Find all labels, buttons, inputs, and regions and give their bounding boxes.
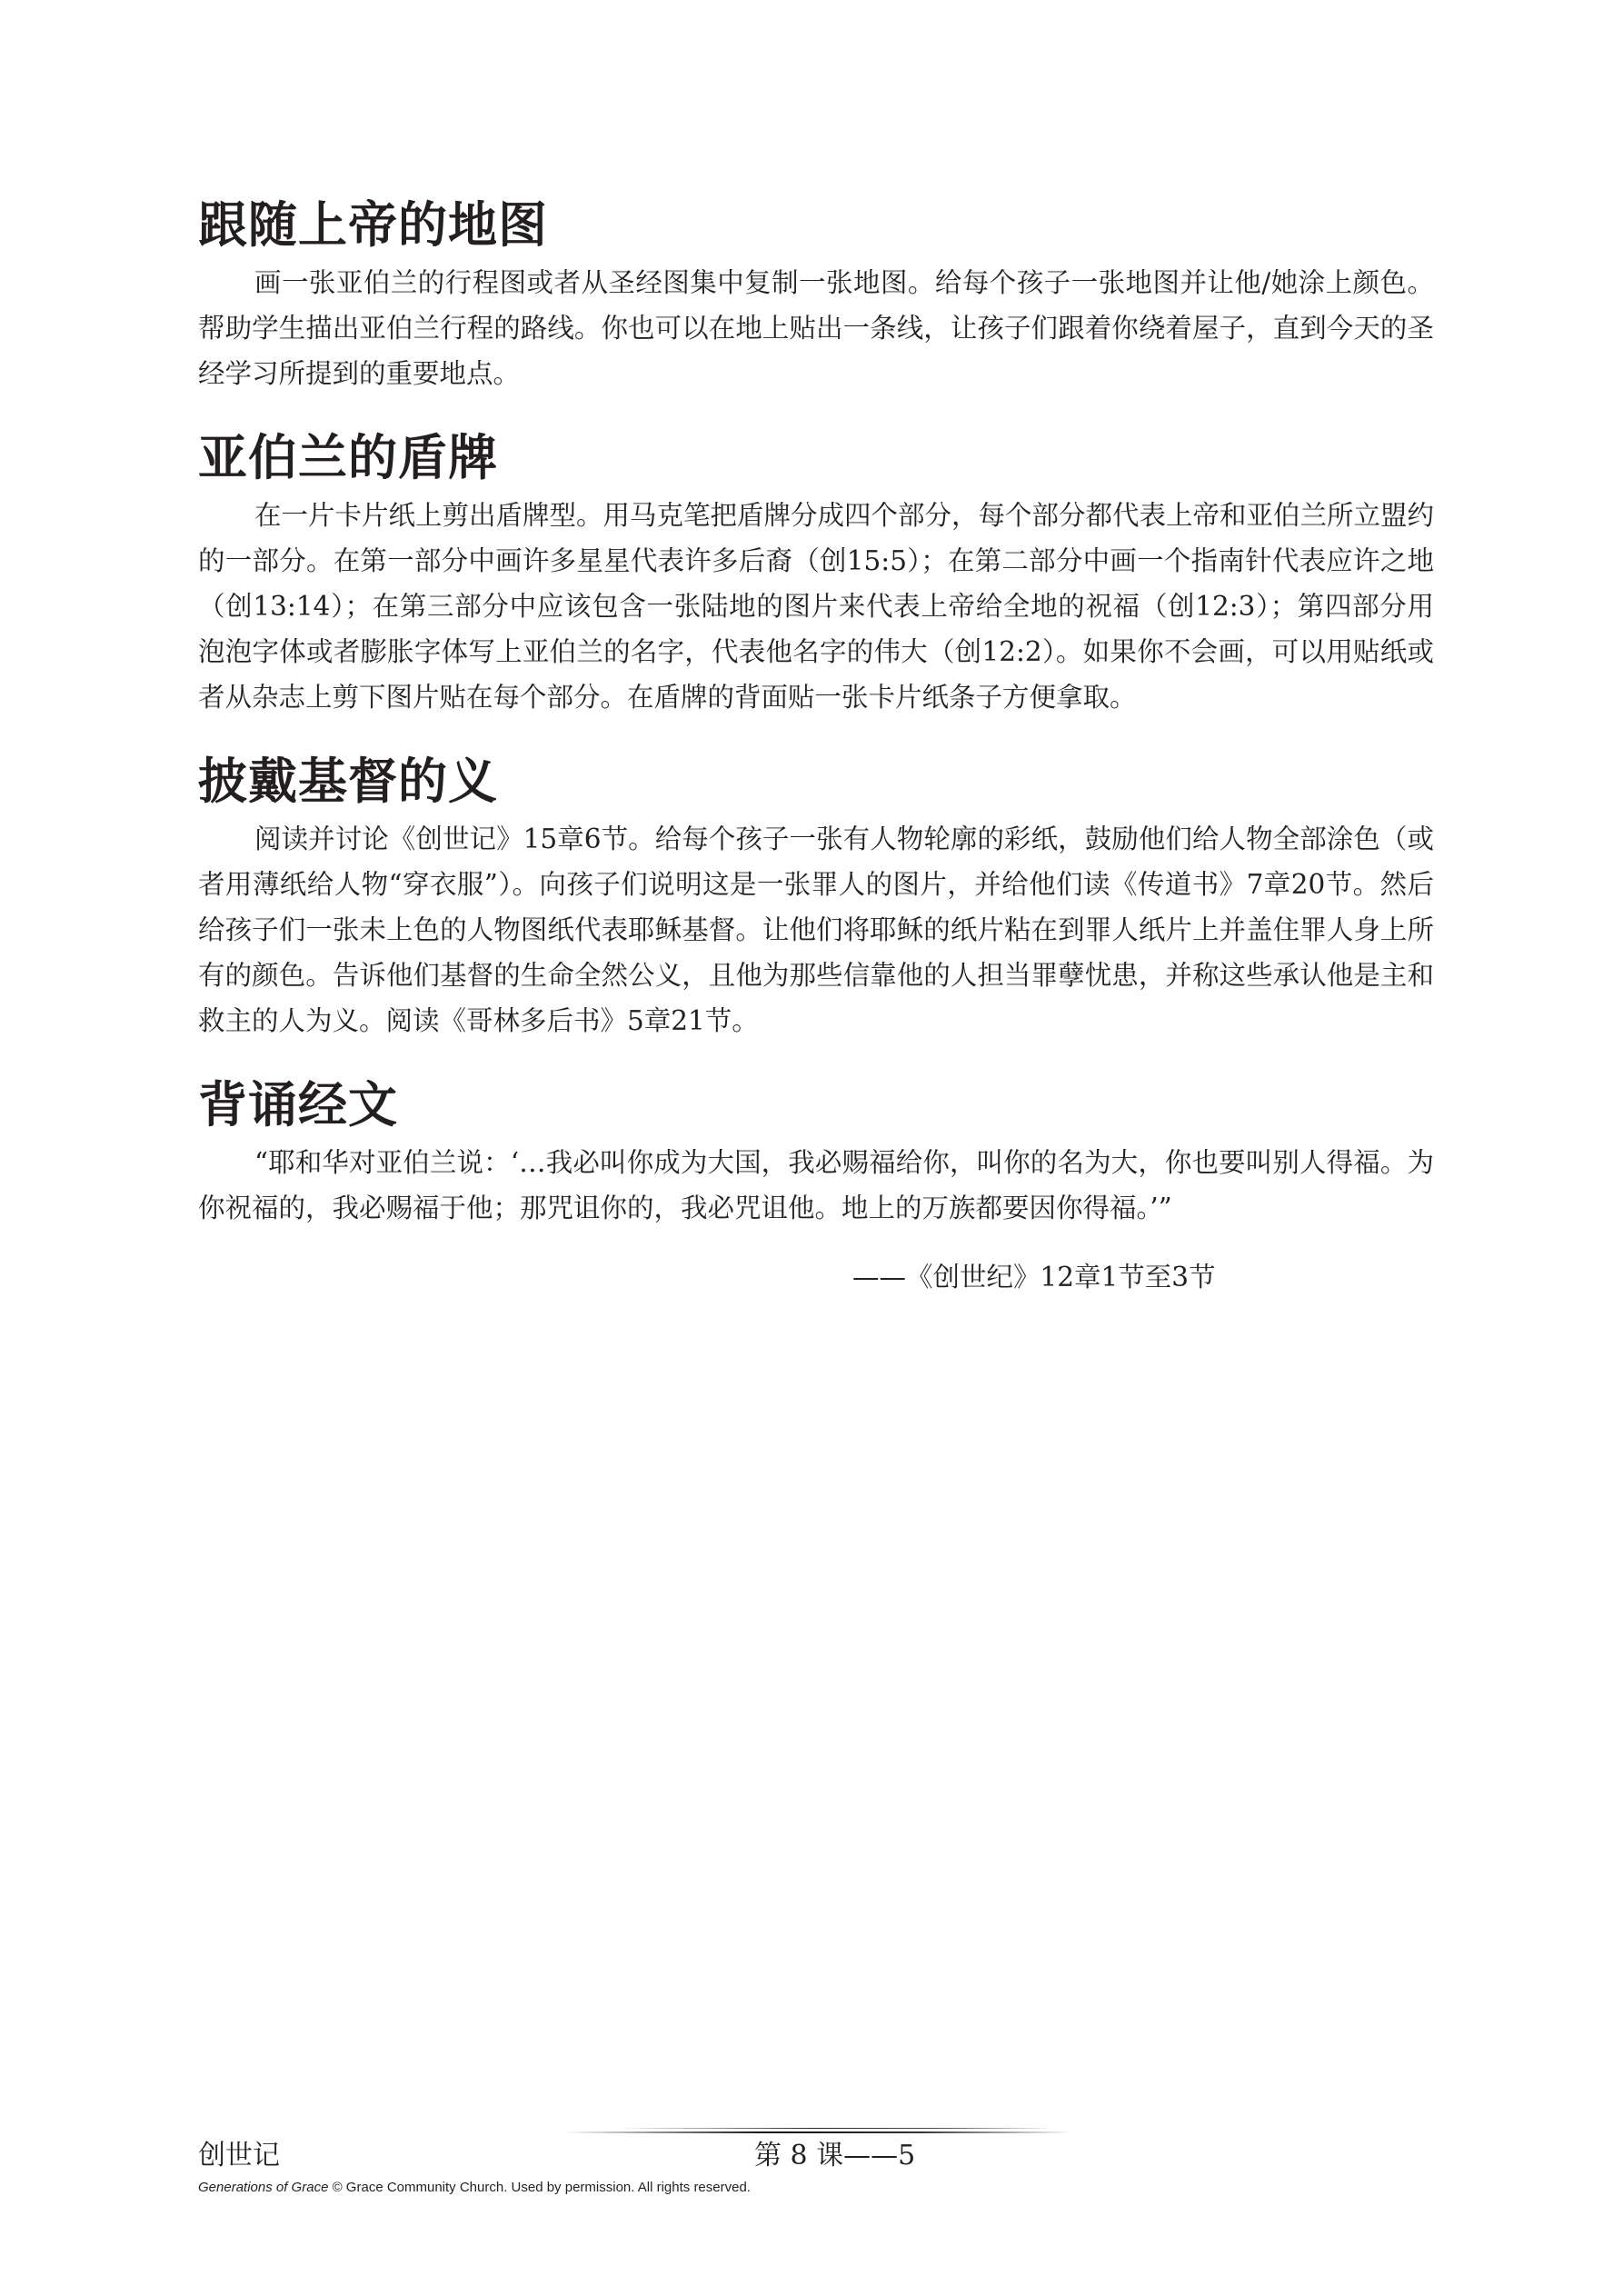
section-righteousness-activity: 披戴基督的义 阅读并讨论《创世记》15章6节。给每个孩子一张有人物轮廓的彩纸，鼓… bbox=[198, 747, 1434, 1043]
copyright-notice: Generations of Grace © Grace Community C… bbox=[198, 2179, 751, 2197]
copyright-text: © Grace Community Church. Used by permis… bbox=[328, 2180, 751, 2195]
section-title: 披戴基督的义 bbox=[198, 747, 1434, 816]
page-content: 跟随上帝的地图 画一张亚伯兰的行程图或者从圣经图集中复制一张地图。给每个孩子一张… bbox=[198, 191, 1434, 1327]
footer-book-title: 创世记 bbox=[198, 2138, 280, 2174]
memory-verse-text: “耶和华对亚伯兰说：‘…我必叫你成为大国，我必赐福给你，叫你的名为大，你也要叫别… bbox=[198, 1140, 1434, 1231]
section-title: 亚伯兰的盾牌 bbox=[198, 424, 1434, 493]
footer-page-number: 第 8 课——5 bbox=[754, 2138, 915, 2174]
section-title: 背诵经文 bbox=[198, 1071, 1434, 1140]
footer-divider-thin bbox=[618, 2128, 1054, 2129]
footer-divider-thick bbox=[563, 2131, 1072, 2133]
copyright-series-name: Generations of Grace bbox=[198, 2180, 328, 2195]
section-body: 在一片卡片纸上剪出盾牌型。用马克笔把盾牌分成四个部分，每个部分都代表上帝和亚伯兰… bbox=[198, 493, 1434, 720]
section-body: 画一张亚伯兰的行程图或者从圣经图集中复制一张地图。给每个孩子一张地图并让他/她涂… bbox=[198, 260, 1434, 396]
verse-attribution: ——《创世纪》12章1节至3节 bbox=[198, 1254, 1434, 1300]
footer-divider bbox=[563, 2128, 1072, 2133]
section-body: 阅读并讨论《创世记》15章6节。给每个孩子一张有人物轮廓的彩纸，鼓励他们给人物全… bbox=[198, 816, 1434, 1043]
section-title: 跟随上帝的地图 bbox=[198, 191, 1434, 260]
section-shield-activity: 亚伯兰的盾牌 在一片卡片纸上剪出盾牌型。用马克笔把盾牌分成四个部分，每个部分都代… bbox=[198, 424, 1434, 720]
section-map-activity: 跟随上帝的地图 画一张亚伯兰的行程图或者从圣经图集中复制一张地图。给每个孩子一张… bbox=[198, 191, 1434, 396]
section-memory-verse: 背诵经文 “耶和华对亚伯兰说：‘…我必叫你成为大国，我必赐福给你，叫你的名为大，… bbox=[198, 1071, 1434, 1300]
